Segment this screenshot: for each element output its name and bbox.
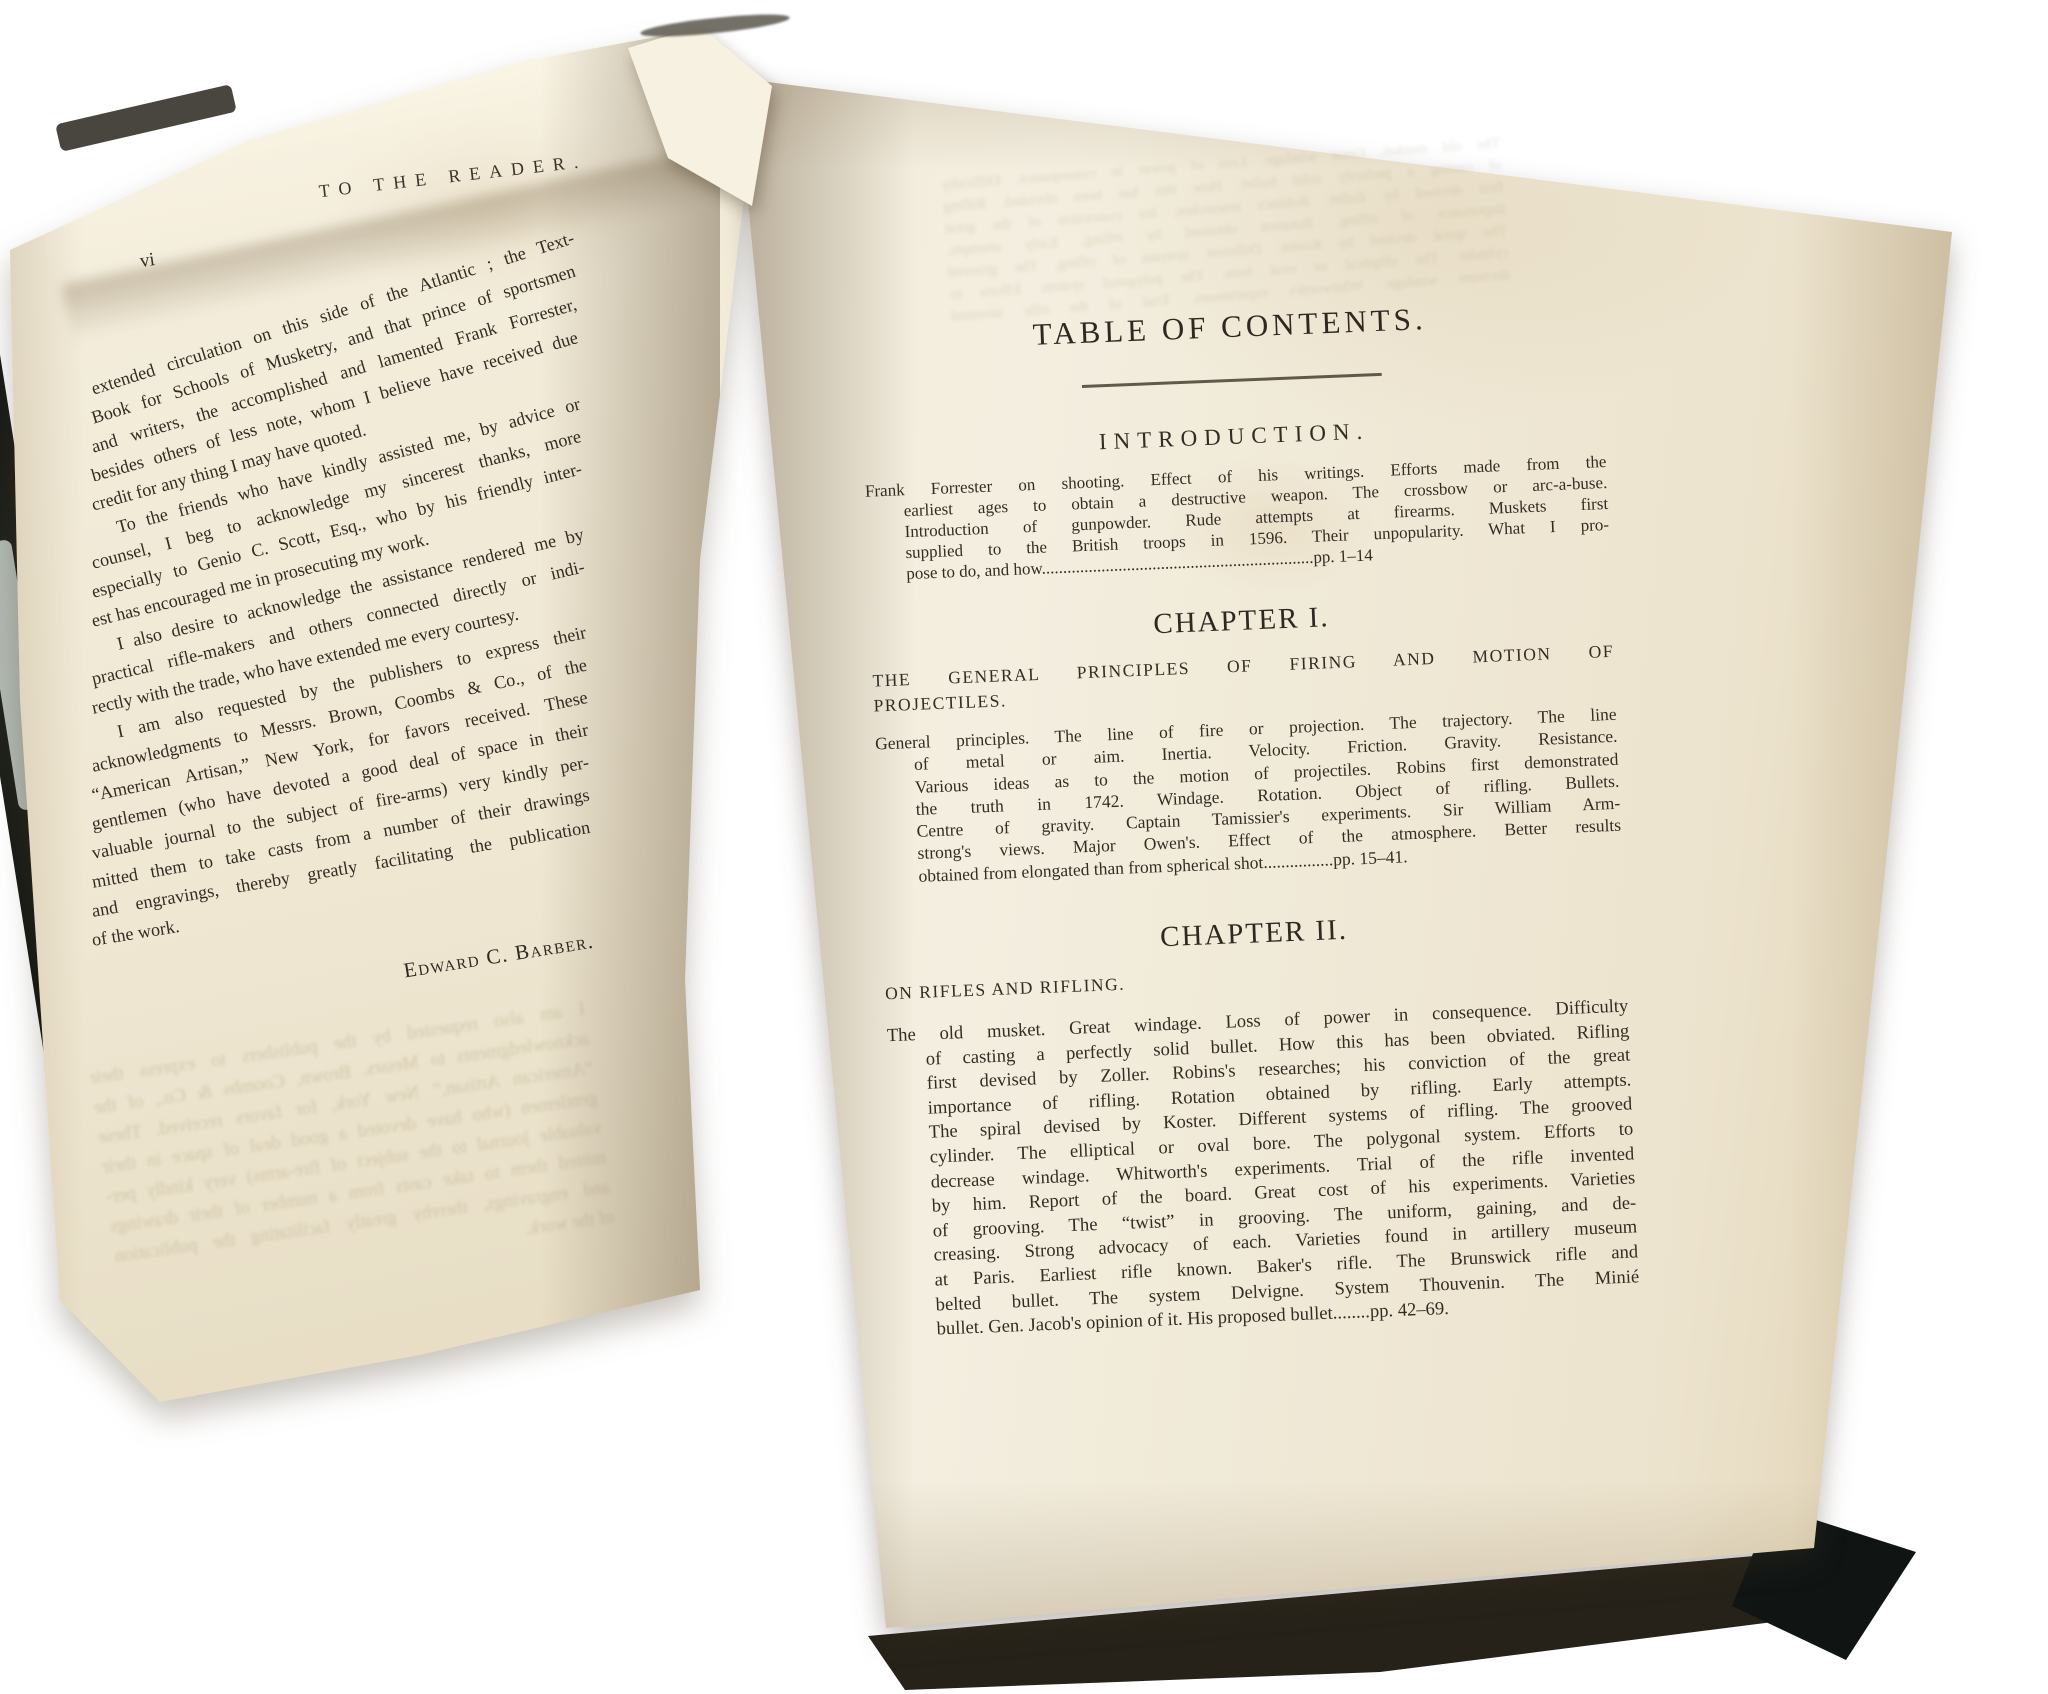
curled-corner [0, 0, 2048, 1694]
curled-corner-shadow [0, 0, 2048, 1694]
